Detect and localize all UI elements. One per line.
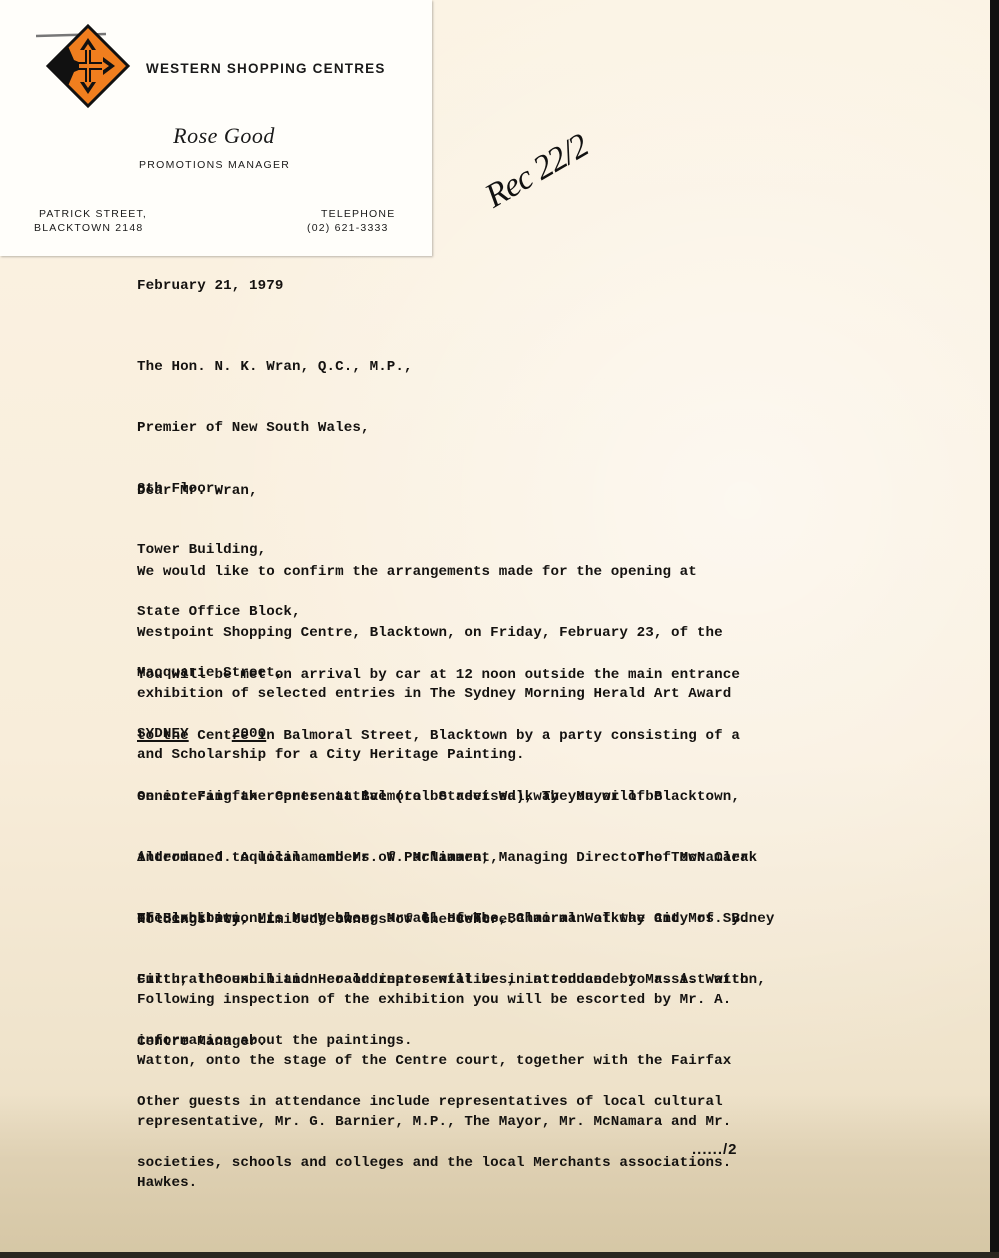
text-line: societies, schools and colleges and the … — [137, 1153, 731, 1173]
address-line: The Hon. N. K. Wran, Q.C., M.P., — [137, 357, 413, 377]
text-line: introduced to local members of Parliamen… — [137, 848, 774, 868]
text-line: The exhibition is hung along a wall of T… — [137, 909, 749, 929]
scan-edge-bottom — [0, 1252, 999, 1258]
paragraph-guests: Other guests in attendance include repre… — [137, 1051, 731, 1194]
letter-date: February 21, 1979 — [137, 276, 283, 296]
text-line: We would like to confirm the arrangement… — [137, 562, 731, 582]
text-line: to the Centre in Balmoral Street, Blackt… — [137, 726, 749, 746]
text-line: Following inspection of the exhibition y… — [137, 990, 731, 1010]
salutation: Dear Mr. Wran, — [137, 481, 258, 501]
card-job-title: PROMOTIONS MANAGER — [139, 159, 290, 171]
card-company-name: WESTERN SHOPPING CENTRES — [146, 61, 386, 76]
text-line: On entering the Centre at Balmoral Stree… — [137, 787, 774, 807]
card-address-line1: PATRICK STREET, — [39, 208, 147, 220]
card-telephone-label: TELEPHONE — [321, 208, 395, 220]
text-line: You will be met on arrival by car at 12 … — [137, 665, 749, 685]
address-line: Premier of New South Wales, — [137, 418, 413, 438]
text-line: Other guests in attendance include repre… — [137, 1092, 731, 1112]
card-telephone: (02) 621-3333 — [307, 222, 389, 234]
card-person-name: Rose Good — [0, 123, 448, 149]
scan-edge-right — [990, 0, 999, 1258]
page-continuation-marker: ....../2 — [692, 1141, 738, 1158]
business-card: WESTERN SHOPPING CENTRES Rose Good PROMO… — [0, 0, 432, 256]
company-logo-icon — [36, 20, 132, 116]
card-address-line2: BLACKTOWN 2148 — [34, 222, 143, 234]
